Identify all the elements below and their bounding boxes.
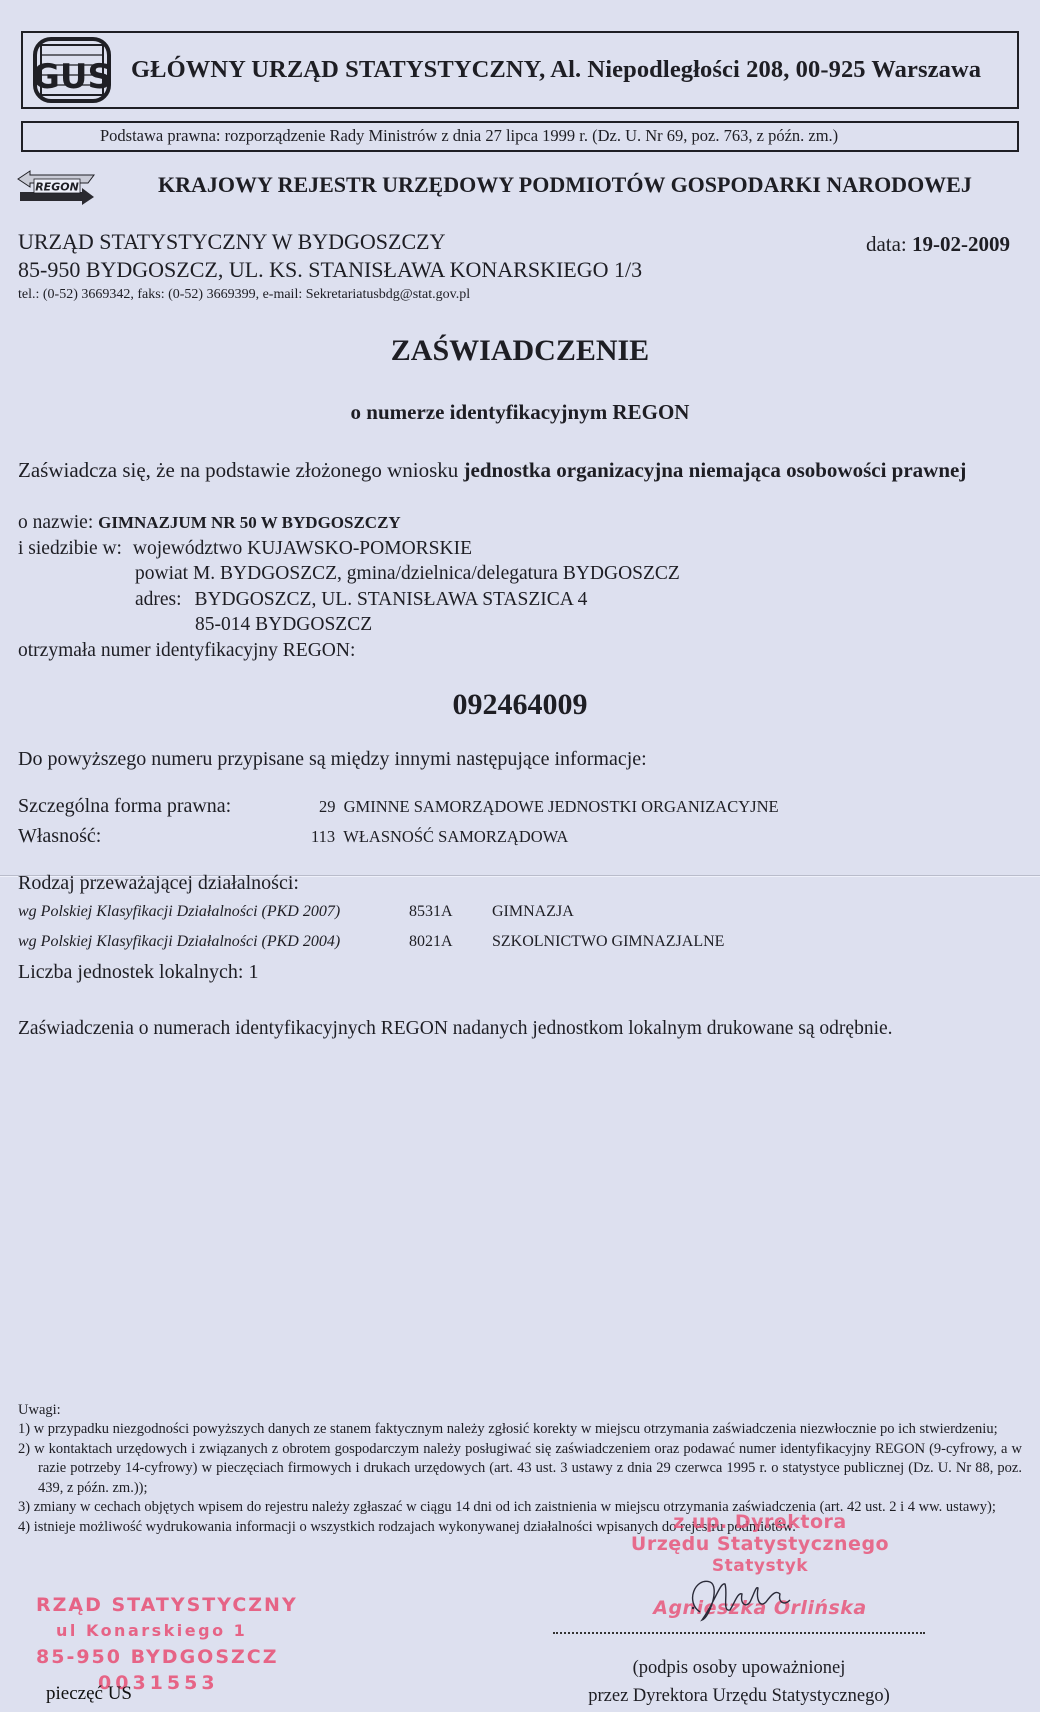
certification-statement: Zaświadcza się, że na podstawie złożoneg… (18, 456, 1018, 484)
pkd2004-classification: wg Polskiej Klasyfikacji Działalności (P… (18, 933, 340, 951)
regon-number: 092464009 (0, 688, 1040, 722)
office-stamp-label: pieczęć US (46, 1683, 132, 1705)
date-label: data: (866, 232, 907, 256)
signatory-stamp-line: z up. Dyrektora (600, 1511, 920, 1533)
entity-name: GIMNAZJUM NR 50 W BYDGOSZCZY (98, 513, 401, 532)
office-name: URZĄD STATYSTYCZNY W BYDGOSZCZY (18, 229, 445, 255)
office-stamp-line: 85-950 BYDGOSZCZ (36, 1644, 298, 1670)
name-label: o nazwie: (18, 512, 98, 533)
activity-label: Rodzaj przeważającej działalności: (18, 872, 299, 895)
signature-caption-1: (podpis osoby upoważnionej (553, 1654, 925, 1682)
institution-name: GŁÓWNY URZĄD STATYSTYCZNY, Al. Niepodleg… (131, 56, 981, 84)
signature-caption-2: przez Dyrektora Urzędu Statystycznego) (553, 1682, 925, 1710)
address-street: BYDGOSZCZ, UL. STANISŁAWA STASZICA 4 (194, 589, 587, 610)
address-label: adres: (135, 589, 182, 610)
note-item: 2) w kontaktach urzędowych i związanych … (18, 1440, 1022, 1499)
pkd2004-code: 8021A (409, 933, 453, 951)
intro-text: Zaświadcza się, że na podstawie złożoneg… (18, 458, 464, 482)
office-contact: tel.: (0-52) 3669342, faks: (0-52) 36693… (18, 287, 470, 303)
handwritten-signature-icon (680, 1572, 820, 1632)
document-subtitle: o numerze identyfikacyjnym REGON (0, 400, 1040, 425)
pkd2004-name: SZKOLNICTWO GIMNAZJALNE (492, 933, 724, 951)
ownership-value: 113 WŁASNOŚĆ SAMORZĄDOWA (311, 827, 568, 847)
gus-logo-icon: GUS (32, 36, 112, 104)
legal-form-label: Szczególna forma prawna: (18, 795, 231, 818)
assigned-info: Do powyższego numeru przypisane są międz… (18, 748, 647, 771)
note-item: 1) w przypadku niezgodności powyższych d… (18, 1420, 1022, 1440)
date-value: 19-02-2009 (912, 232, 1010, 256)
legal-form-name: GMINNE SAMORZĄDOWE JEDNOSTKI ORGANIZACYJ… (344, 797, 779, 816)
office-address: 85-950 BYDGOSZCZ, UL. KS. STANISŁAWA KON… (18, 257, 642, 283)
entity-name-line: o nazwie: GIMNAZJUM NR 50 W BYDGOSZCZY (18, 512, 401, 534)
pkd2007-name: GIMNAZJA (492, 903, 574, 921)
office-stamp-line: ul Konarskiego 1 (36, 1618, 298, 1644)
closing-statement: Zaświadczenia o numerach identyfikacyjny… (18, 1015, 1021, 1042)
local-units-count: Liczba jednostek lokalnych: 1 (18, 961, 258, 984)
address-zip: 85-014 BYDGOSZCZ (195, 614, 372, 636)
county-line: powiat M. BYDGOSZCZ, gmina/dzielnica/del… (135, 563, 680, 585)
ownership-name: WŁASNOŚĆ SAMORZĄDOWA (343, 827, 568, 846)
svg-text:REGON: REGON (35, 181, 79, 194)
notes-title: Uwagi: (18, 1402, 61, 1419)
regon-logo-icon: REGON (16, 170, 96, 206)
seat-line: i siedzibie w: województwo KUJAWSKO-POMO… (18, 538, 472, 560)
signatory-stamp-line: Urzędu Statystycznego (600, 1533, 920, 1555)
legal-form-value: 29 GMINNE SAMORZĄDOWE JEDNOSTKI ORGANIZA… (319, 797, 779, 817)
address-line: adres: BYDGOSZCZ, UL. STANISŁAWA STASZIC… (135, 589, 587, 611)
register-title: KRAJOWY REJESTR URZĘDOWY PODMIOTÓW GOSPO… (158, 172, 972, 198)
office-stamp: RZĄD STATYSTYCZNY ul Konarskiego 1 85-95… (36, 1592, 298, 1696)
legal-form-code: 29 (319, 797, 336, 816)
document-title: ZAŚWIADCZENIE (0, 334, 1040, 368)
signature-caption: (podpis osoby upoważnionej przez Dyrekto… (553, 1654, 925, 1710)
ownership-label: Własność: (18, 825, 101, 848)
received-label: otrzymała numer identyfikacyjny REGON: (18, 640, 355, 662)
ownership-code: 113 (311, 827, 335, 846)
seat-label: i siedzibie w: (18, 538, 122, 559)
svg-text:GUS: GUS (32, 57, 112, 97)
office-stamp-line: RZĄD STATYSTYCZNY (36, 1592, 298, 1618)
entity-type: jednostka organizacyjna niemająca osobow… (464, 458, 967, 482)
pkd2007-code: 8531A (409, 903, 453, 921)
legal-basis: Podstawa prawna: rozporządzenie Rady Min… (100, 126, 838, 146)
pkd2007-classification: wg Polskiej Klasyfikacji Działalności (P… (18, 903, 340, 921)
signature-line (553, 1631, 925, 1634)
issue-date: data: 19-02-2009 (866, 232, 1010, 257)
voivodeship: województwo KUJAWSKO-POMORSKIE (133, 538, 472, 559)
